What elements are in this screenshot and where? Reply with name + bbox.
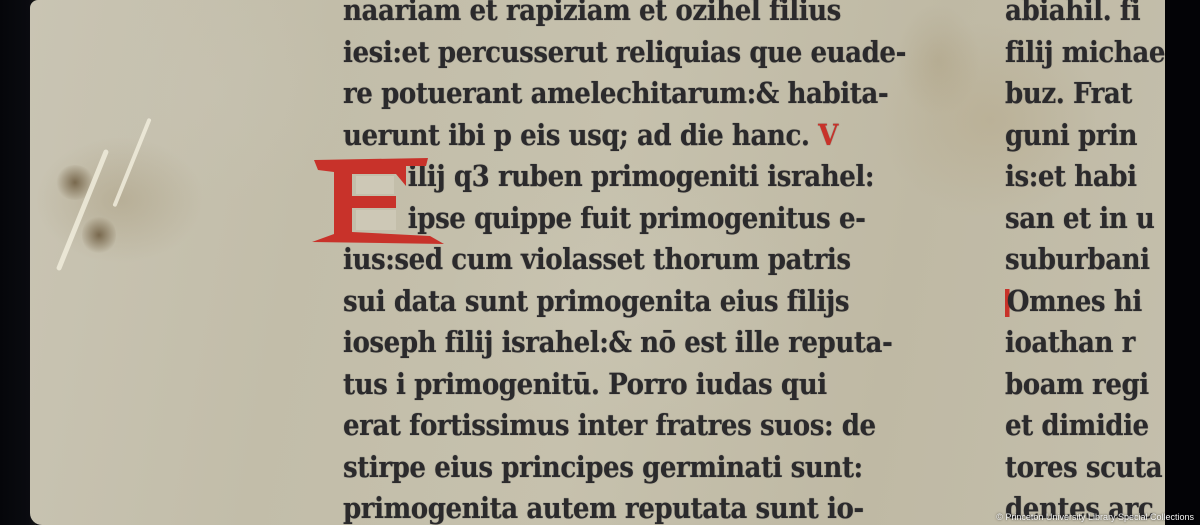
stain	[82, 215, 116, 255]
manuscript-photo: naariam et rapiziam et ozihel filius ies…	[0, 0, 1200, 525]
text-line: ioathan r	[1005, 322, 1154, 364]
right-text-column: abiahil. fi filij michae buz. Frat guni …	[1005, 0, 1170, 525]
text-line: erat fortissimus inter fratres suos: de	[343, 405, 820, 447]
text-line: uerunt ibi p eis usq; ad die hanc. V	[343, 115, 820, 157]
text-line: ioseph filij israhel:& nō est ille reput…	[343, 322, 820, 364]
text-line: abiahil. fi	[1005, 0, 1154, 32]
photo-credit: © Princeton University Library Special C…	[996, 512, 1194, 522]
column-gutter	[878, 0, 1002, 525]
text-line: buz. Frat	[1005, 73, 1154, 115]
text-line: guni prin	[1005, 115, 1154, 157]
text-line: boam regi	[1005, 364, 1154, 406]
text-line: is:et habi	[1005, 156, 1154, 198]
text-line: primogenita autem reputata sunt io-	[343, 488, 820, 525]
text-line: san et in u	[1005, 198, 1154, 240]
text-line: suburbani	[1005, 239, 1154, 281]
text-line: stirpe eius principes germinati sunt:	[343, 447, 820, 489]
rubric-chapter-letter: V	[818, 118, 838, 152]
text-line: tus i primogenitū. Porro iudas qui	[343, 364, 820, 406]
text-line: iesi:et percusserut reliquias que euade-	[343, 32, 820, 74]
text-line: tores scuta	[1005, 447, 1154, 489]
text-line: filij michae	[1005, 32, 1154, 74]
main-text-column: naariam et rapiziam et ozihel filius ies…	[343, 0, 873, 525]
red-initial-letter-icon	[310, 152, 445, 247]
text-line: et dimidie	[1005, 405, 1154, 447]
text-line: naariam et rapiziam et ozihel filius	[343, 0, 820, 32]
right-dark-background	[1165, 0, 1200, 525]
text-line: re potuerant amelechitarum:& habita-	[343, 73, 820, 115]
decorated-initial-f	[310, 152, 445, 247]
text-line: sui data sunt primogenita eius filijs	[343, 281, 820, 323]
text-line: Omnes hi	[1005, 281, 1154, 323]
